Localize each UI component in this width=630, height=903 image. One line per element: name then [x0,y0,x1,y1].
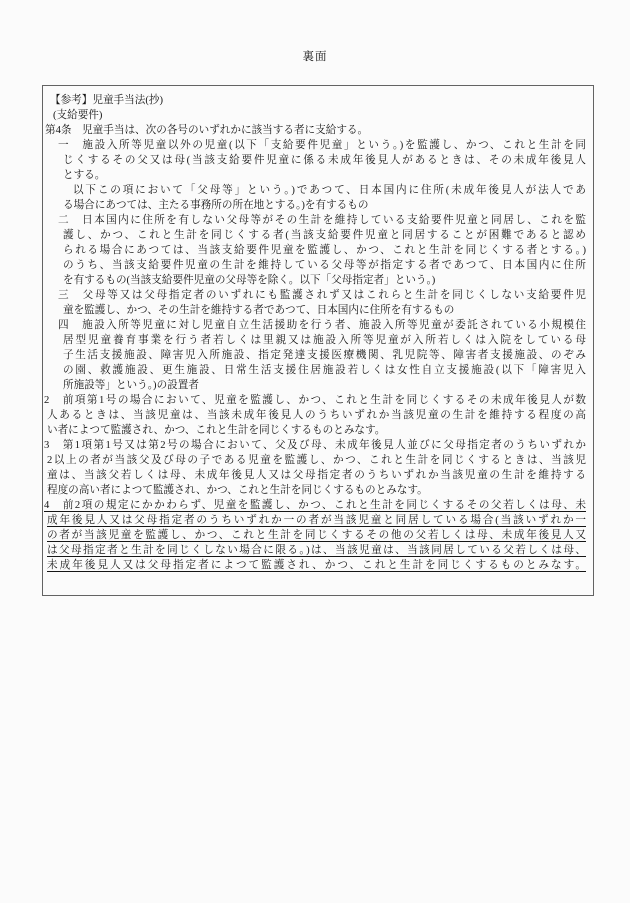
document-line: 四 施設入所等児童に対し児童自立生活援助を行う者、施設入所等児童が委託されている… [43,318,586,333]
document-line: とする。 [43,168,586,183]
document-line: 未成年後見人又は父母指定者によつて監護され、かつ、これと生計を同じくするものとみ… [43,558,586,573]
document-line: の園、救護施設、更生施設、日常生活支援住居施設若しくは女性自立支援施設(以下「障… [43,363,586,378]
document-line: られる場合にあつては、当該支給要件児童を監護し、かつ、これと生計を同じくする者と… [43,243,586,258]
document-line: 4 前2項の規定にかかわらず、児童を監護し、かつ、これと生計を同じくするその父若… [43,498,586,513]
document-line: 以下この項において「父母等」という。)であつて、日本国内に住所(未成年後見人が法… [43,183,586,198]
document-line: 人あるときは、当該児童は、当該未成年後見人のうちいずれか当該児童の生計を維持する… [43,408,586,423]
document-line: 護し、かつ、これと生計を同じくする者(当該支給要件児童と同居することが困難である… [43,228,586,243]
document-line: い者によつて監護され、かつ、これと生計を同じくするものとみなす。 [43,423,586,438]
document-line: 2 前項第1号の場合において、児童を監護し、かつ、これと生計を同じくするその未成… [43,393,586,408]
document-line: 所施設等」という。)の設置者 [43,378,586,393]
document-line: 童は、当該父若しくは母、未成年後見人又は父母指定者のうちいずれか当該児童の生計を… [43,468,586,483]
document-line: 三 父母等又は父母指定者のいずれにも監護されず又はこれらと生計を同じくしない支給… [43,288,586,303]
document-line: のうち、当該支給要件児童の生計を維持している父母等が指定する者であつて、日本国内… [43,258,586,273]
document-line: 二 日本国内に住所を有しない父母等がその生計を維持している支給要件児童と同居し、… [43,213,586,228]
document-line: の者が当該児童を監護し、かつ、これと生計を同じくするその他の父若しくは母、未成年… [43,528,586,543]
document-line: 成年後見人又は父母指定者のうちいずれか一の者が当該児童と同居している場合(当該い… [43,513,586,528]
document-line: 第4条 児童手当は、次の各号のいずれかに該当する者に支給する。 [43,123,586,138]
document-line: 一 施設入所等児童以外の児童(以下「支給要件児童」という。)を監護し、かつ、これ… [43,138,586,153]
document-line: 3 第1項第1号又は第2号の場合において、父及び母、未成年後見人並びに父母指定者… [43,438,586,453]
document-line: じくするその父又は母(当該支給要件児童に係る未成年後見人があるときは、その未成年… [43,153,586,168]
document-line: は父母指定者と生計を同じくしない場合に限る。)は、当該児童は、当該同居している父… [43,543,586,558]
document-line: 居型児童養育事業を行う者若しくは里親又は施設入所等児童が入所若しくは入院をしてい… [43,333,586,348]
document-line: 2以上の者が当該父及び母の子である児童を監護し、かつ、これと生計を同じくするとき… [43,453,586,468]
legal-text-lines: 【参考】児童手当法(抄)(支給要件)第4条 児童手当は、次の各号のいずれかに該当… [43,93,593,573]
document-line: 童を監護し、かつ、その生計を維持する者であつて、日本国内に住所を有するもの [43,303,586,318]
document-line: (支給要件) [43,108,586,123]
document-line: る場合にあつては、主たる事務所の所在地とする。)を有するもの [43,198,586,213]
legal-reference-box: 【参考】児童手当法(抄)(支給要件)第4条 児童手当は、次の各号のいずれかに該当… [42,85,594,596]
page-side-label: 裏面 [0,48,630,64]
document-line: を有するもの(当該支給要件児童の父母等を除く。以下「父母指定者」という。) [43,273,586,288]
document-line: 程度の高い者によつて監護され、かつ、これと生計を同じくするものとみなす。 [43,483,586,498]
document-line: 【参考】児童手当法(抄) [43,93,586,108]
document-line: 子生活支援施設、障害児入所施設、指定発達支援医療機関、乳児院等、障害者支援施設、… [43,348,586,363]
